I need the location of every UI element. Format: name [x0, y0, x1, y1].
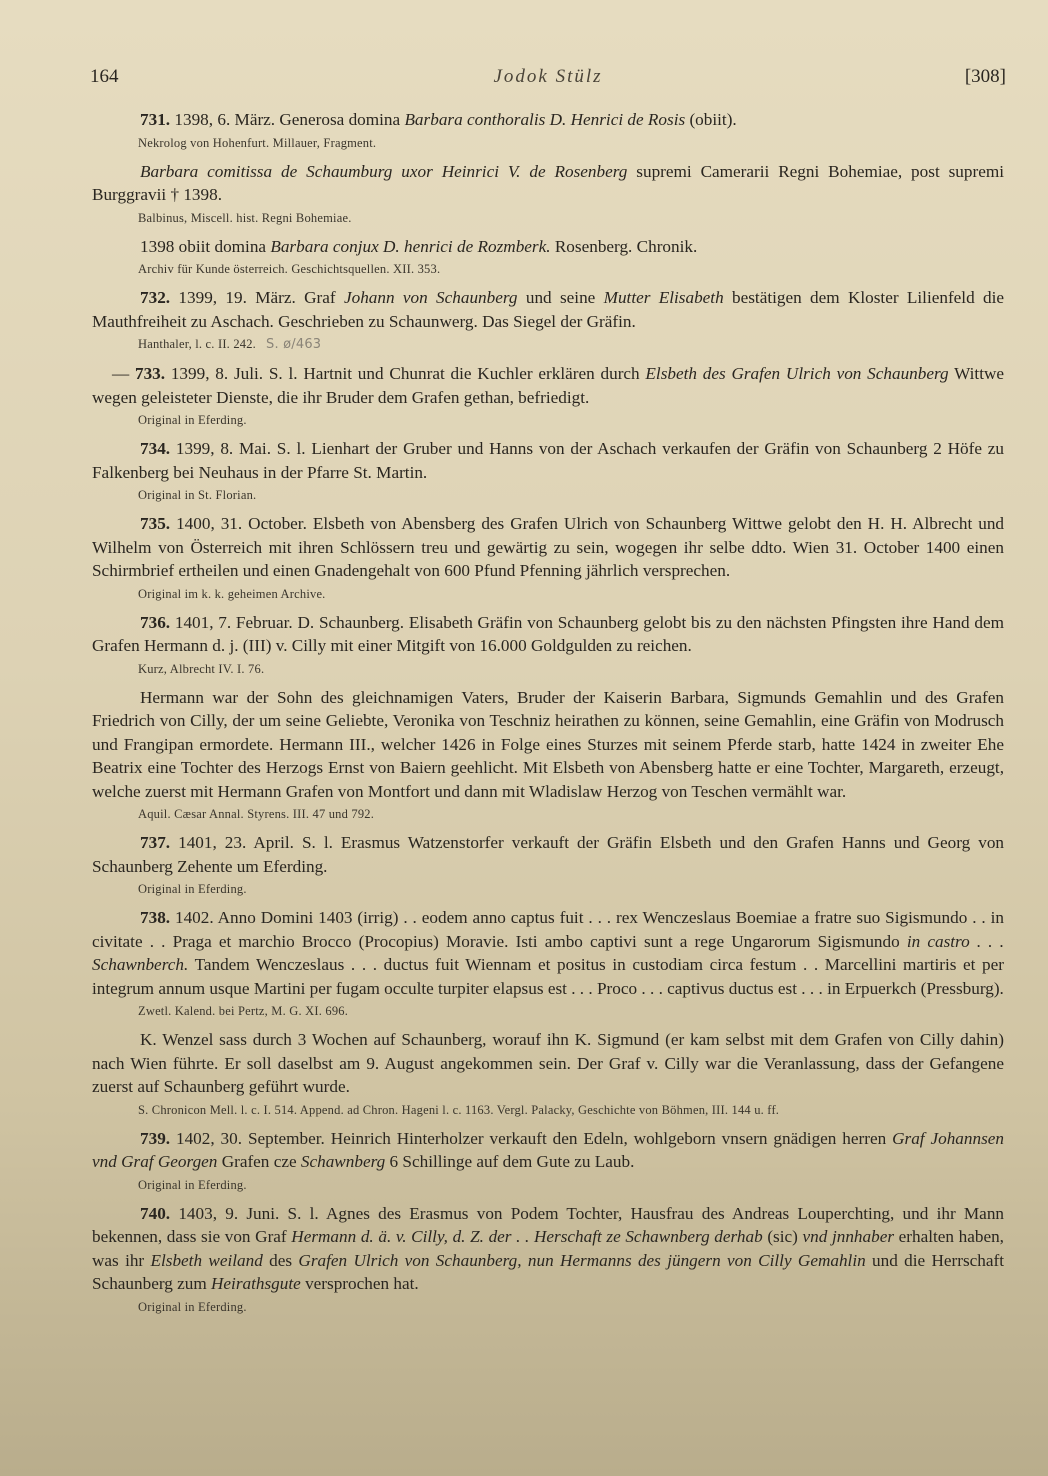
entry-text: 1401, 23. April. S. l. Erasmus Watzensto…: [92, 833, 1004, 876]
source-citation: S. Chronicon Mell. l. c. I. 514. Append.…: [138, 1101, 1004, 1119]
entry-italic: Grafen Ulrich von Schaunberg, nun Herman…: [298, 1251, 865, 1270]
entry-732: 732. 1399, 19. März. Graf Johann von Sch…: [92, 286, 1004, 333]
entry-738: 738. 1402. Anno Domini 1403 (irrig) . . …: [92, 906, 1004, 1000]
entry-text: Tandem Wenczeslaus . . . ductus fuit Wie…: [92, 955, 1004, 998]
page-body: 731. 1398, 6. März. Generosa domina Barb…: [92, 108, 1004, 1324]
entry-736-note: Hermann war der Sohn des gleichnamigen V…: [92, 686, 1004, 804]
entry-733: — 733. 1399, 8. Juli. S. l. Hartnit und …: [92, 362, 1004, 409]
entry-text: 1402, 30. September. Heinrich Hinterholz…: [176, 1129, 892, 1148]
entry-italic: Hermann d. ä. v. Cilly, d. Z. der . . He…: [291, 1227, 762, 1246]
entry-731: 731. 1398, 6. März. Generosa domina Barb…: [92, 108, 1004, 132]
entry-text: 1399, 19. März. Graf: [178, 288, 344, 307]
entry-text: 1400, 31. October. Elsbeth von Abensberg…: [92, 514, 1004, 580]
entry-737: 737. 1401, 23. April. S. l. Erasmus Watz…: [92, 831, 1004, 878]
entry-italic: Johann von Schaunberg: [344, 288, 518, 307]
entry-number: 733.: [135, 364, 165, 383]
source-citation: Original in Eferding.: [138, 1298, 1004, 1316]
source-citation: Original im k. k. geheimen Archive.: [138, 585, 1004, 603]
entry-731-note-1: Barbara comitissa de Schaumburg uxor Hei…: [92, 160, 1004, 207]
source-citation: Original in Eferding.: [138, 880, 1004, 898]
source-text: Hanthaler, l. c. II. 242.: [138, 337, 256, 351]
entry-number: 739.: [140, 1129, 170, 1148]
entry-italic: Barbara conthoralis D. Henrici de Rosis: [404, 110, 685, 129]
entry-text: 1399, 8. Mai. S. l. Lienhart der Gruber …: [92, 439, 1004, 482]
original-page-number: [308]: [965, 66, 1006, 88]
scanned-book-page: 164 Jodok Stülz [308] 731. 1398, 6. März…: [0, 0, 1048, 1476]
entry-italic: Mutter Elisabeth: [604, 288, 724, 307]
source-citation: Original in Eferding.: [138, 1176, 1004, 1194]
source-citation: Aquil. Cæsar Annal. Styrens. III. 47 und…: [138, 805, 1004, 823]
entry-738-note: K. Wenzel sass durch 3 Wochen auf Schaun…: [92, 1028, 1004, 1099]
source-citation: Original in Eferding.: [138, 411, 1004, 429]
entry-text: 1398 obiit domina: [140, 237, 270, 256]
running-header: 164 Jodok Stülz [308]: [90, 66, 1006, 94]
entry-italic: Heirathsgute: [211, 1274, 301, 1293]
entry-text: 1402. Anno Domini 1403 (irrig) . . eodem…: [92, 908, 1004, 951]
entry-740: 740. 1403, 9. Juni. S. l. Agnes des Eras…: [92, 1202, 1004, 1296]
entry-text: Grafen cze: [217, 1152, 301, 1171]
entry-italic: Barbara comitissa de Schaumburg uxor Hei…: [140, 162, 627, 181]
entry-text: 1399, 8. Juli. S. l. Hartnit und Chunrat…: [171, 364, 646, 383]
entry-number: 731.: [140, 110, 170, 129]
source-citation: Kurz, Albrecht IV. I. 76.: [138, 660, 1004, 678]
entry-number: 740.: [140, 1204, 170, 1223]
entry-text: und seine: [518, 288, 604, 307]
entry-text: (sic): [763, 1227, 803, 1246]
entry-739: 739. 1402, 30. September. Heinrich Hinte…: [92, 1127, 1004, 1174]
source-citation: Zwetl. Kalend. bei Pertz, M. G. XI. 696.: [138, 1002, 1004, 1020]
entry-736: 736. 1401, 7. Februar. D. Schaunberg. El…: [92, 611, 1004, 658]
entry-text: 1401, 7. Februar. D. Schaunberg. Elisabe…: [92, 613, 1004, 656]
entry-italic: vnd jnnhaber: [803, 1227, 895, 1246]
entry-text: versprochen hat.: [301, 1274, 419, 1293]
source-citation: Balbinus, Miscell. hist. Regni Bohemiae.: [138, 209, 1004, 227]
entry-number: 738.: [140, 908, 170, 927]
entry-text: Rosenberg. Chronik.: [551, 237, 698, 256]
entry-text: K. Wenzel sass durch 3 Wochen auf Schaun…: [92, 1030, 1004, 1096]
entry-number: 737.: [140, 833, 170, 852]
entry-italic: Elsbeth des Grafen Ulrich von Schaunberg: [645, 364, 948, 383]
entry-text: 1398, 6. März. Generosa domina: [174, 110, 404, 129]
entry-italic: Schawnberg: [301, 1152, 385, 1171]
source-citation: Original in St. Florian.: [138, 486, 1004, 504]
entry-italic: Elsbeth weiland: [151, 1251, 263, 1270]
entry-text: des: [263, 1251, 299, 1270]
entry-number: 732.: [140, 288, 170, 307]
entry-731-note-2: 1398 obiit domina Barbara conjux D. henr…: [92, 235, 1004, 259]
source-citation: Archiv für Kunde österreich. Geschichtsq…: [138, 260, 1004, 278]
entry-number: 735.: [140, 514, 170, 533]
entry-number: 734.: [140, 439, 170, 458]
source-citation: Nekrolog von Hohenfurt. Millauer, Fragme…: [138, 134, 1004, 152]
entry-734: 734. 1399, 8. Mai. S. l. Lienhart der Gr…: [92, 437, 1004, 484]
entry-italic: Barbara conjux D. henrici de Rozmberk.: [270, 237, 550, 256]
running-title: Jodok Stülz: [90, 66, 1006, 88]
entry-text: (obiit).: [685, 110, 737, 129]
entry-text: Hermann war der Sohn des gleichnamigen V…: [92, 688, 1004, 801]
entry-number: 736.: [140, 613, 170, 632]
source-citation: Hanthaler, l. c. II. 242.S. ø/463: [138, 335, 1004, 354]
entry-735: 735. 1400, 31. October. Elsbeth von Aben…: [92, 512, 1004, 583]
entry-text: 6 Schillinge auf dem Gute zu Laub.: [385, 1152, 634, 1171]
handwritten-note: S. ø/463: [266, 337, 321, 352]
margin-dash-mark: —: [112, 364, 129, 383]
